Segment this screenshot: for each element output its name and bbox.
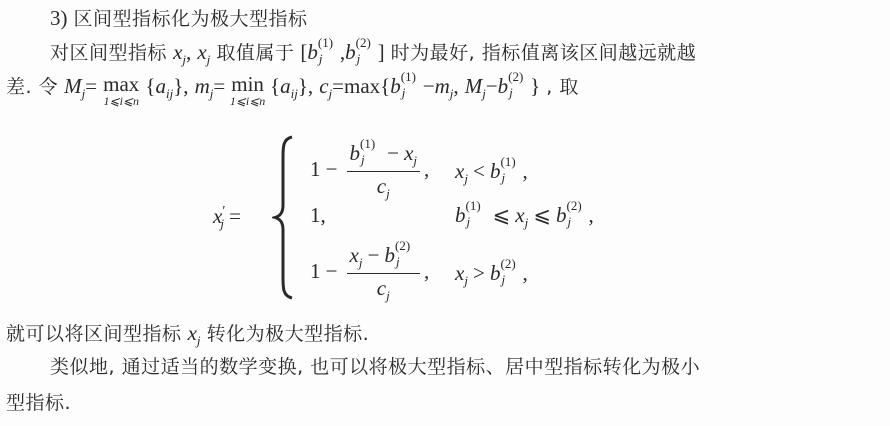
case-2-value: 1, xyxy=(310,203,326,228)
fraction: b(1)j − xj cj xyxy=(347,141,420,202)
fraction: xj − b(2)j cj xyxy=(347,243,420,304)
piecewise-equation: x′j = 1 − b(1)j − xj cj , xj < b(1)j, 1,… xyxy=(210,135,630,300)
math-cj-definition: cj=max{b(1)j−mj, Mj−b(2)j} xyxy=(319,76,546,98)
paragraph-1-line-1: 对区间型指标 xj, xj 取值属于 [b(1)j,b(2)j] 时为最好, 指… xyxy=(50,38,696,68)
paragraph-3-line-1: 类似地, 通过适当的数学变换, 也可以将极大型指标、居中型指标转化为极小 xyxy=(50,352,700,379)
math-mj-definition: mj= min1⩽i⩽n {aij}, xyxy=(195,76,320,98)
paragraph-2: 就可以将区间型指标 xj 转化为极大型指标. xyxy=(6,319,369,349)
math-xj: xj xyxy=(173,40,186,64)
case-3-value: 1 − xj − b(2)j cj , xyxy=(310,243,429,304)
equation-lhs: x′j = xyxy=(213,204,241,232)
section-heading: 3) 区间型指标化为极大型指标 xyxy=(50,4,308,31)
math-interval: [b(1)j,b(2)j] xyxy=(300,42,384,64)
case-3-condition: xj > b(2)j, xyxy=(455,261,528,289)
left-brace-icon xyxy=(272,135,296,300)
case-2-condition: b(1)j ⩽ xj ⩽ b(2)j, xyxy=(455,203,594,231)
case-1-condition: xj < b(1)j, xyxy=(455,159,528,187)
math-xj: xj xyxy=(197,40,210,64)
math-xj: xj xyxy=(188,321,201,345)
section-title: 区间型指标化为极大型指标 xyxy=(74,8,308,30)
paragraph-1-line-2: 差. 令 Mj= max1⩽i⩽n {aij}, mj= min1⩽i⩽n {a… xyxy=(6,72,579,102)
case-1-value: 1 − b(1)j − xj cj , xyxy=(310,141,429,202)
math-Mj-definition: Mj= max1⩽i⩽n {aij}, xyxy=(64,76,194,98)
paragraph-3-line-2: 型指标. xyxy=(6,388,71,415)
